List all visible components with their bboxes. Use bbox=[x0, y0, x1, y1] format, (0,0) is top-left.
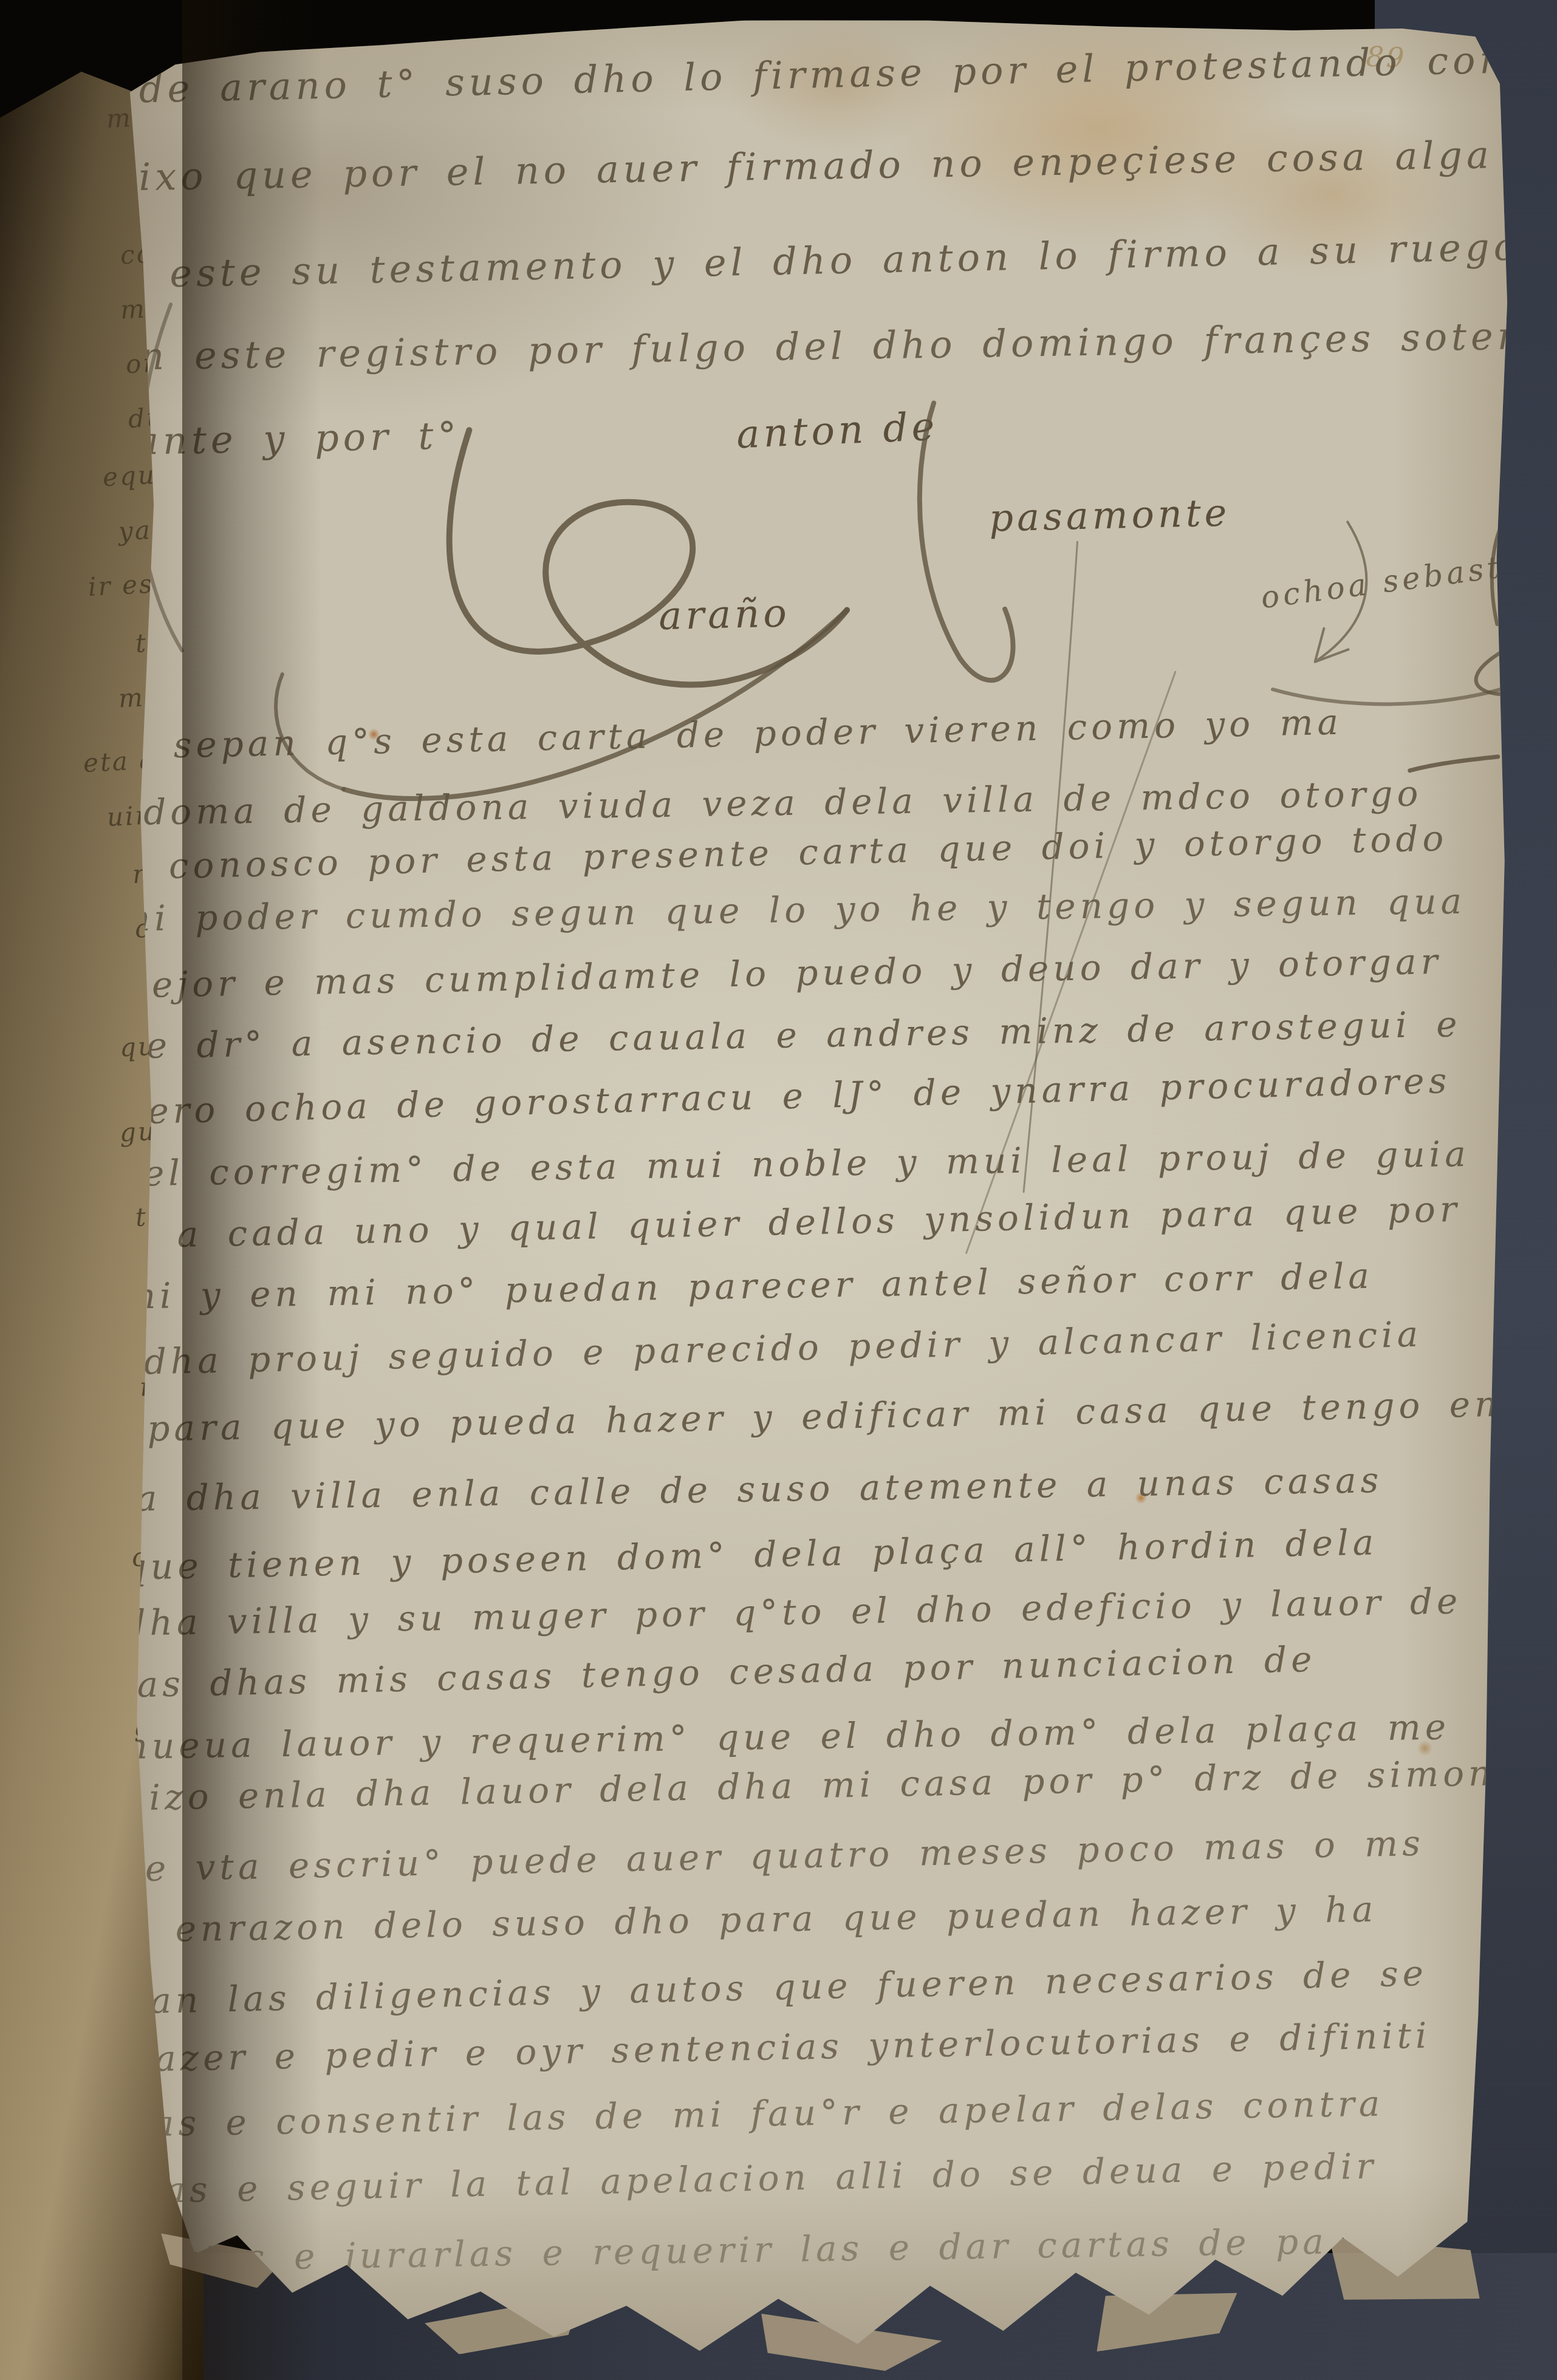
notarial-rubric-icon bbox=[343, 610, 848, 799]
manuscript-line: mejor e mas cumplidamte lo puedo y deuo … bbox=[114, 939, 1442, 1008]
manuscript-line: para que yo pueda hazer y edificar mi ca… bbox=[147, 1382, 1502, 1451]
signature-anton-line1: anton de bbox=[736, 404, 939, 458]
manuscript-line: de vta escriu° puede auer quatro meses p… bbox=[118, 1821, 1425, 1891]
manuscript-line: a este su testamento y el dho anton lo f… bbox=[117, 225, 1521, 296]
notarial-rubric-icon bbox=[449, 428, 847, 686]
manuscript-line: pero ochoa de gorostarracu e lJ° de ynar… bbox=[120, 1059, 1451, 1134]
manuscript-line: y enrazon delo suso dho para que puedan … bbox=[126, 1887, 1378, 1952]
manuscript-photo: { "page": { "folio_number": "89", "kind"… bbox=[0, 0, 1557, 2380]
manuscript-line: la dha villa enla calle de suso atemente… bbox=[120, 1458, 1383, 1521]
signature-pasamonte: pasamonte bbox=[988, 490, 1231, 540]
manuscript-line: rias e seguir la tal apelacion alli do s… bbox=[127, 2144, 1378, 2212]
manuscript-line: en este registro por fulgo del dho domin… bbox=[113, 315, 1520, 379]
manuscript-line: dha prouj seguido e parecido pedir y alc… bbox=[143, 1312, 1423, 1384]
signature-anton-line2: araño bbox=[658, 591, 790, 639]
manuscript-line: que tienen y poseen dom° dela plaça all°… bbox=[123, 1520, 1378, 1589]
manuscript-line: de dr° a asencio de cauala e andres minz… bbox=[119, 1002, 1462, 1068]
manuscript-line: sepan q°s esta carta de poder vieren com… bbox=[173, 700, 1343, 768]
manuscript-line: costas e jurarlas e requerir las e dar c… bbox=[131, 2220, 1328, 2281]
manuscript-line: gan las diligencias y autos que fueren n… bbox=[123, 1951, 1428, 2024]
manuscript-line: hazer e pedir e oyr sentencias ynterlocu… bbox=[128, 2013, 1431, 2081]
manuscript-page: 89 de arano t° suso dho lo firmase por e… bbox=[78, 11, 1520, 2370]
manuscript-line: gante y por t° bbox=[108, 414, 461, 464]
manuscript-line: mi y en mi no° puedan parecer antel seño… bbox=[121, 1254, 1374, 1318]
manuscript-line: del corregim° de esta mui noble y mui le… bbox=[116, 1132, 1470, 1196]
manuscript-line: de arano t° suso dho lo firmase por el p… bbox=[139, 38, 1520, 112]
manuscript-line: mi poder cumdo segun que lo yo he y teng… bbox=[117, 879, 1466, 941]
manuscript-line: y a cada uno y qual quier dellos ynsolid… bbox=[128, 1187, 1462, 1258]
rubric-ochoa-icon bbox=[1273, 648, 1520, 705]
closing-act: de arano t° suso dho lo firmase por el p… bbox=[78, 11, 1505, 19]
manuscript-line: las dhas mis casas tengo cesada por nunc… bbox=[121, 1637, 1316, 1707]
manuscript-line: uas e consentir las de mi fau°r e apelar… bbox=[126, 2081, 1384, 2146]
manuscript-line: dha villa y su muger por q°to el dho ede… bbox=[123, 1579, 1462, 1645]
underline-stroke-icon bbox=[1410, 757, 1498, 771]
power-of-attorney: sepan q°s esta carta de poder vieren com… bbox=[78, 11, 1505, 19]
manuscript-line: dixo que por el no auer firmado no enpeç… bbox=[110, 133, 1493, 200]
